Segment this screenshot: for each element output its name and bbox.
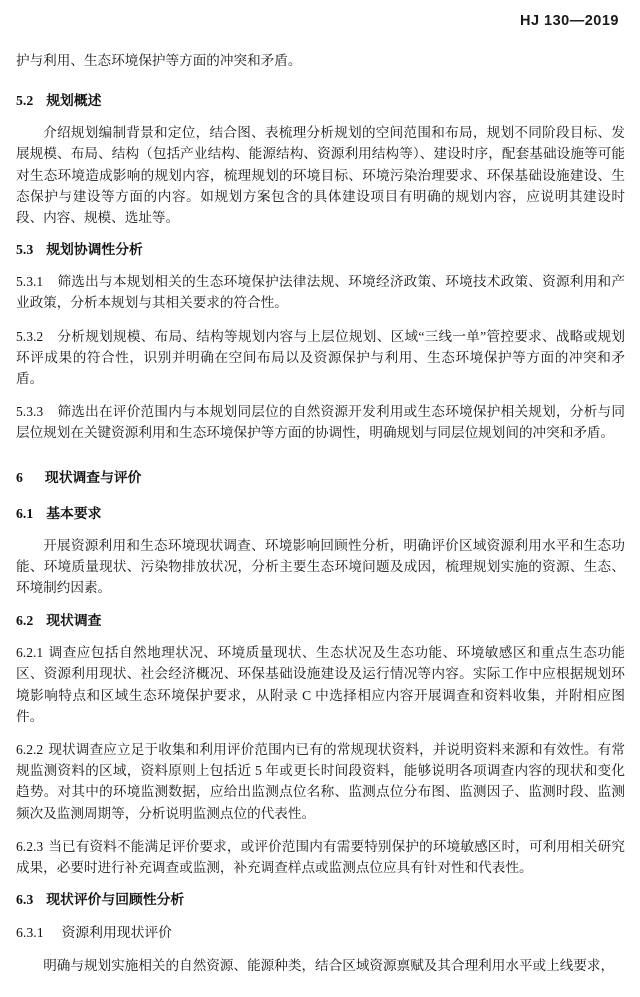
clause-text: 筛选出在评价范围内与本规划同层位的自然资源开发利用或生态环境保护相关规划，分析与… bbox=[16, 404, 625, 440]
clause-text: 调查应包括自然地理状况、环境质量现状、生态状况及生态功能、环境敏感区和重点生态功… bbox=[16, 645, 625, 724]
clause-number: 6.2.1 bbox=[16, 642, 43, 663]
heading-6-3: 6.3现状评价与回顾性分析 bbox=[16, 890, 625, 910]
heading-title: 基本要求 bbox=[46, 506, 101, 521]
heading-number: 5.2 bbox=[16, 93, 33, 108]
heading-title: 规划概述 bbox=[46, 93, 101, 108]
page-header: HJ 130—2019 bbox=[520, 13, 619, 29]
clause-text: 现状调查应立足于收集和利用评价范围内已有的常规现状资料，并说明资料来源和有效性。… bbox=[16, 742, 625, 821]
clause-number: 6.2.2 bbox=[16, 739, 43, 760]
clause-6-2-3: 6.2.3当已有资料不能满足评价要求，或评价范围内有需要特别保护的环境敏感区时，… bbox=[16, 836, 625, 878]
heading-number: 6 bbox=[16, 470, 23, 485]
paragraph-5-2: 介绍规划编制背景和定位，结合图、表梳理分析规划的空间范围和布局，规划不同阶段目标… bbox=[16, 122, 625, 228]
clause-5-3-2: 5.3.2分析规划规模、布局、结构等规划内容与上层位规划、区域“三线一单”管控要… bbox=[16, 326, 625, 390]
clause-text: 筛选出与本规划相关的生态环境保护法律法规、环境经济政策、环境技术政策、资源利用和… bbox=[16, 274, 625, 310]
heading-6-2: 6.2现状调查 bbox=[16, 611, 625, 631]
standard-number: HJ 130—2019 bbox=[520, 13, 619, 29]
heading-number: 6.2 bbox=[16, 613, 33, 628]
heading-title: 资源利用现状评价 bbox=[62, 925, 172, 940]
clause-number: 5.3.1 bbox=[16, 271, 43, 292]
heading-6: 6现状调查与评价 bbox=[16, 468, 625, 488]
clause-6-2-2: 6.2.2现状调查应立足于收集和利用评价范围内已有的常规现状资料，并说明资料来源… bbox=[16, 739, 625, 824]
clause-6-2-1: 6.2.1调查应包括自然地理状况、环境质量现状、生态状况及生态功能、环境敏感区和… bbox=[16, 642, 625, 727]
heading-number: 6.1 bbox=[16, 506, 33, 521]
heading-title: 现状调查与评价 bbox=[45, 470, 142, 485]
clause-5-3-3: 5.3.3筛选出在评价范围内与本规划同层位的自然资源开发利用或生态环境保护相关规… bbox=[16, 401, 625, 443]
clause-text: 分析规划规模、布局、结构等规划内容与上层位规划、区域“三线一单”管控要求、战略或… bbox=[16, 329, 625, 386]
heading-number: 5.3 bbox=[16, 242, 33, 257]
heading-number: 6.3.1 bbox=[16, 925, 44, 940]
heading-5-3: 5.3规划协调性分析 bbox=[16, 240, 625, 260]
clause-5-3-1: 5.3.1筛选出与本规划相关的生态环境保护法律法规、环境经济政策、环境技术政策、… bbox=[16, 271, 625, 313]
clause-number: 5.3.2 bbox=[16, 326, 43, 347]
heading-number: 6.3 bbox=[16, 892, 33, 907]
heading-title: 现状评价与回顾性分析 bbox=[46, 892, 184, 907]
clause-number: 5.3.3 bbox=[16, 401, 43, 422]
heading-title: 规划协调性分析 bbox=[46, 242, 143, 257]
heading-title: 现状调查 bbox=[46, 613, 101, 628]
heading-5-2: 5.2规划概述 bbox=[16, 91, 625, 111]
heading-6-1: 6.1基本要求 bbox=[16, 504, 625, 524]
clause-number: 6.2.3 bbox=[16, 836, 43, 857]
paragraph-6-3-1: 明确与规划实施相关的自然资源、能源种类，结合区域资源禀赋及其合理利用水平或上线要… bbox=[16, 955, 625, 976]
paragraph-continuation: 护与利用、生态环境保护等方面的冲突和矛盾。 bbox=[16, 50, 625, 71]
page-content: 护与利用、生态环境保护等方面的冲突和矛盾。 5.2规划概述 介绍规划编制背景和定… bbox=[0, 0, 640, 976]
document-page: HJ 130—2019 护与利用、生态环境保护等方面的冲突和矛盾。 5.2规划概… bbox=[0, 0, 640, 997]
heading-6-3-1: 6.3.1资源利用现状评价 bbox=[16, 923, 625, 943]
clause-text: 当已有资料不能满足评价要求，或评价范围内有需要特别保护的环境敏感区时，可利用相关… bbox=[16, 839, 625, 875]
paragraph-6-1: 开展资源利用和生态环境现状调查、环境影响回顾性分析，明确评价区域资源利用水平和生… bbox=[16, 535, 625, 599]
